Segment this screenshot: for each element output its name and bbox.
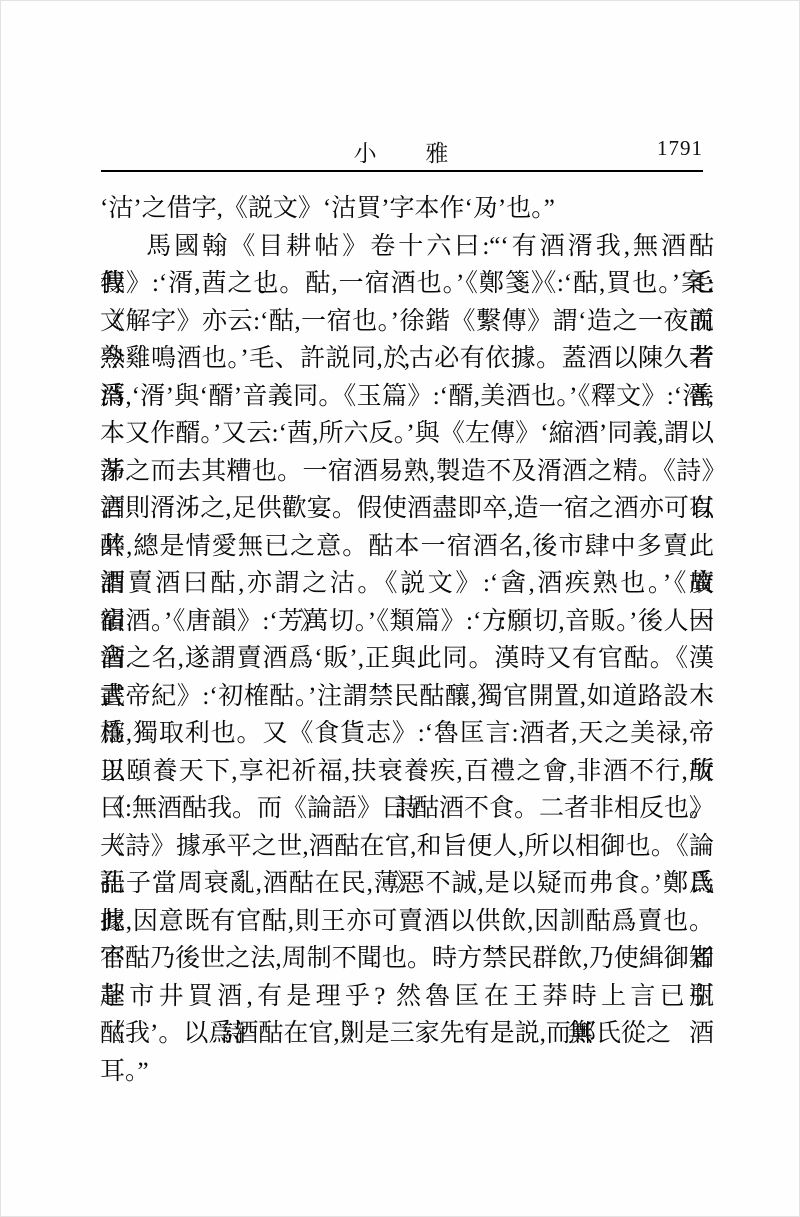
text-line: 此,因意既有官酤,則王亦可賣酒以供飲,因訓酤爲賣也。不知 xyxy=(100,903,714,941)
header-rule xyxy=(101,170,703,172)
text-line: ‘沽’之借字,《説文》‘沽買’字本作‘夃’也。” xyxy=(100,190,714,228)
text-line: 官酤乃後世之法,周制不聞也。時方禁民群飲,乃使緝御者挈瓶 xyxy=(100,940,714,978)
text-line: 酤我’。以爲酒酤在官,則是三家先有是説,而鄭氏從之耳。” xyxy=(100,1015,714,1053)
text-line: 《詩》據承平之世,酒酤在官,和旨便人,所以相御也。《論語》爲 xyxy=(100,828,714,866)
page-header: 小 雅 1791 xyxy=(101,135,703,165)
text-line: 以頤養天下,享祀祈福,扶衰養疾,百禮之會,非酒不行,故《詩》 xyxy=(100,753,714,791)
page-number: 1791 xyxy=(657,136,703,161)
book-page: 小 雅 1791 ‘沽’之借字,《説文》‘沽買’字本作‘夃’也。” 馬國翰《目耕… xyxy=(0,0,800,1217)
text-line: 泲之而去其糟也。一宿酒易熟,製造不及湑酒之精。《詩》言有 xyxy=(100,453,714,491)
text-line: 馬國翰《目耕帖》卷十六曰:“‘有酒湑我,無酒酤我。’《毛 xyxy=(100,228,714,266)
text-line: 宿酒。’《唐韻》:‘芳萬切。’《類篇》:‘方願切,音販。’後人因酓 xyxy=(100,603,714,641)
text-line: 酒之名,遂謂賣酒爲‘販’,正與此同。漢時又有官酤。《漢書· xyxy=(100,640,714,678)
text-line: 酒則湑泲之,足供歡宴。假使酒盡即卒,造一宿之酒亦可以共 xyxy=(100,490,714,528)
text-line: 謂賣酒曰酤,亦謂之沽。《説文》:‘酓,酒疾熟也。’《廣韻》:‘一 xyxy=(100,565,714,603)
text-line: 赴市井買酒,有是理乎? 然魯匡在王莽時上言已引《詩》‘無酒 xyxy=(100,978,714,1016)
text-line: 傳》:‘湑,莤之也。酤,一宿酒也。’《鄭箋》:‘酤,買也。’案:《説 xyxy=(100,265,714,303)
text-line: 醉,總是情愛無已之意。酤本一宿酒名,後市肆中多賣此酒,故 xyxy=(100,528,714,566)
text-line: 孔子當周衰亂,酒酤在民,薄惡不誠,是以疑而弗食。’鄭氏據 xyxy=(100,865,714,903)
text-line: 曰:無酒酤我。而《論語》曰:酤酒不食。二者非相反也。夫 xyxy=(100,790,714,828)
text-line: 今雞鳴酒也。’毛、許説同,於古必有依據。蓋酒以陳久者爲善 xyxy=(100,340,714,378)
text-line: 榷,獨取利也。又《食貨志》:‘魯匡言:酒者,天之美禄,帝王所 xyxy=(100,715,714,753)
text-line: 武帝紀》:‘初榷酤。’注謂禁民酤釀,獨官開置,如道路設木爲 xyxy=(100,678,714,716)
body-text: ‘沽’之借字,《説文》‘沽買’字本作‘夃’也。” 馬國翰《目耕帖》卷十六曰:“‘… xyxy=(100,190,714,1053)
text-line: 湑,‘湑’與‘醑’音義同。《玉篇》:‘醑,美酒也。’《釋文》:‘湑, xyxy=(100,378,714,416)
text-line: 本又作醑。’又云:‘莤,所六反。’與《左傳》‘縮酒’同義,謂以茅 xyxy=(100,415,714,453)
text-line: 文解字》亦云:‘酤,一宿也。’徐鍇《繫傳》謂‘造之一夜而熟,若 xyxy=(100,303,714,341)
running-title: 小 雅 xyxy=(101,135,703,168)
